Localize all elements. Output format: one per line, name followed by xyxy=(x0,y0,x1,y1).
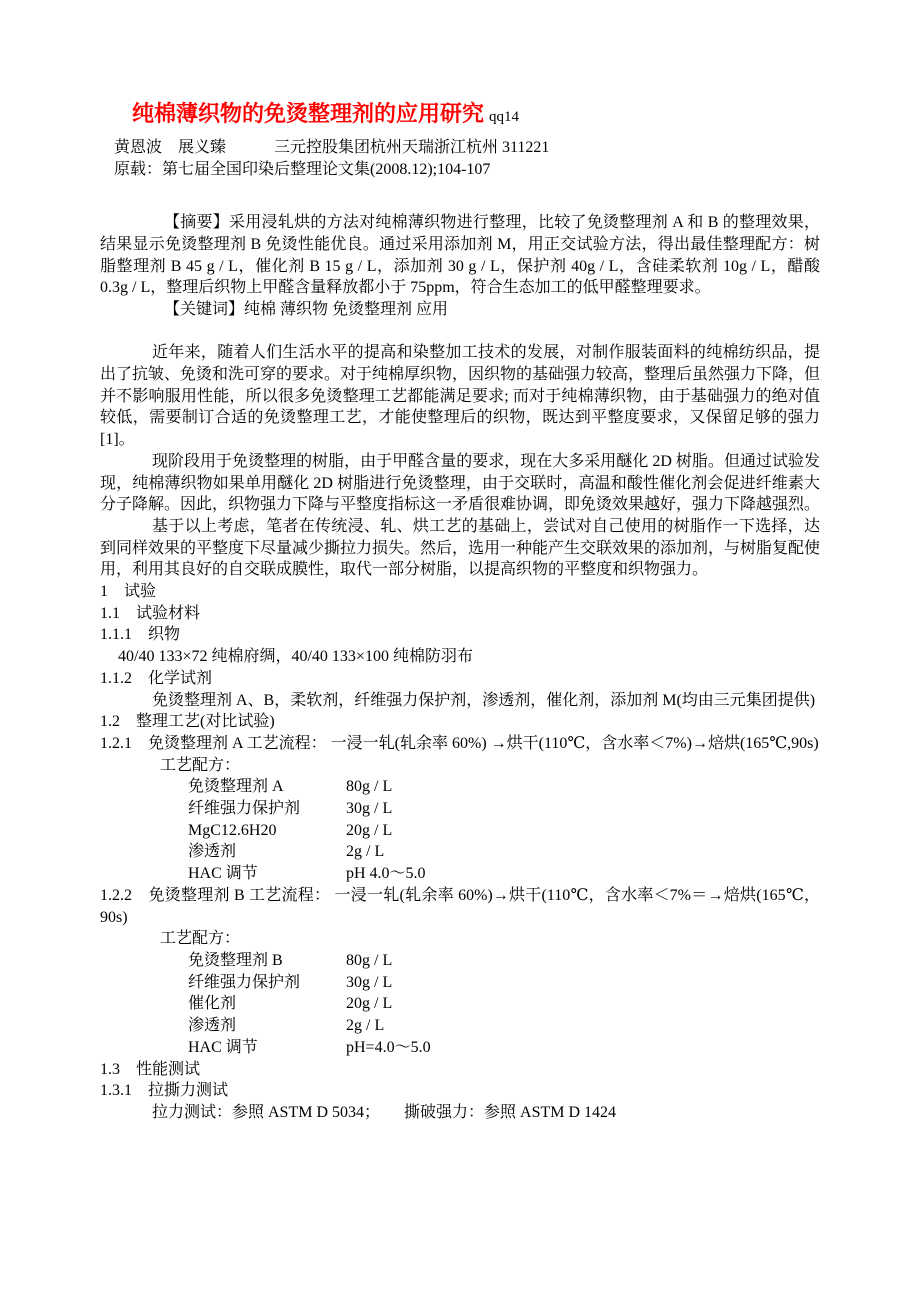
recipe-row: 纤维强力保护剂 30g / L xyxy=(100,798,820,820)
recipe-ingredient-amount: pH 4.0～5.0 xyxy=(346,863,426,885)
abstract-paragraph: 【摘要】采用浸轧烘的方法对纯棉薄织物进行整理，比较了免烫整理剂 A 和 B 的整… xyxy=(100,212,820,299)
vertical-gap xyxy=(100,202,820,212)
recipe-row: MgC12.6H20 20g / L xyxy=(100,820,820,842)
body-paragraph-3: 基于以上考虑，笔者在传统浸、轧、烘工艺的基础上，尝试对自己使用的树脂作一下选择，… xyxy=(100,516,820,581)
recipe-ingredient-name: 渗透剂 xyxy=(188,1015,346,1037)
recipe-ingredient-name: 免烫整理剂 B xyxy=(188,950,346,972)
recipe-ingredient-amount: 2g / L xyxy=(346,1015,384,1037)
section-heading-1-1: 1.1 试验材料 xyxy=(100,603,820,625)
vertical-gap xyxy=(100,180,820,202)
recipe-row: HAC 调节 pH=4.0～5.0 xyxy=(100,1037,820,1059)
process-flow-b: 1.2.2 免烫整理剂 B 工艺流程： 一浸一轧(轧余率 60%)→烘干(110… xyxy=(100,885,820,928)
fabric-spec-line: 40/40 133×72 纯棉府绸，40/40 133×100 纯棉防羽布 xyxy=(100,646,820,668)
recipe-row: 催化剂 20g / L xyxy=(100,993,820,1015)
publication-source: 原载：第七届全国印染后整理论文集(2008.12);104-107 xyxy=(100,159,820,181)
recipe-ingredient-name: MgC12.6H20 xyxy=(188,820,346,842)
section-heading-1-1-2: 1.1.2 化学试剂 xyxy=(100,668,820,690)
recipe-b-label: 工艺配方： xyxy=(100,928,820,950)
recipe-ingredient-amount: 80g / L xyxy=(346,776,392,798)
section-heading-1: 1 试验 xyxy=(100,581,820,603)
recipe-row: 渗透剂 2g / L xyxy=(100,841,820,863)
recipe-row: HAC 调节 pH 4.0～5.0 xyxy=(100,863,820,885)
test-methods-line: 拉力测试：参照 ASTM D 5034； 撕破强力：参照 ASTM D 1424 xyxy=(100,1102,820,1124)
author-byline: 黄恩波 展义臻 三元控股集团杭州天瑞浙江杭州 311221 xyxy=(100,137,820,159)
recipe-ingredient-name: 免烫整理剂 A xyxy=(188,776,346,798)
recipe-ingredient-amount: pH=4.0～5.0 xyxy=(346,1037,431,1059)
recipe-ingredient-amount: 20g / L xyxy=(346,993,392,1015)
recipe-ingredient-amount: 30g / L xyxy=(346,798,392,820)
section-heading-1-2: 1.2 整理工艺(对比试验) xyxy=(100,711,820,733)
recipe-a-label: 工艺配方： xyxy=(100,755,820,777)
section-heading-1-1-1: 1.1.1 织物 xyxy=(100,624,820,646)
recipe-row: 纤维强力保护剂 30g / L xyxy=(100,972,820,994)
document-page: 纯棉薄织物的免烫整理剂的应用研究qq14 黄恩波 展义臻 三元控股集团杭州天瑞浙… xyxy=(0,0,920,1302)
recipe-ingredient-name: 纤维强力保护剂 xyxy=(188,798,346,820)
recipe-ingredient-name: HAC 调节 xyxy=(188,1037,346,1059)
body-paragraph-1: 近年来，随着人们生活水平的提高和染整加工技术的发展，对制作服装面料的纯棉纺织品，… xyxy=(100,342,820,451)
page-title-code: qq14 xyxy=(489,109,519,125)
recipe-ingredient-amount: 2g / L xyxy=(346,841,384,863)
recipe-ingredient-name: HAC 调节 xyxy=(188,863,346,885)
recipe-ingredient-amount: 30g / L xyxy=(346,972,392,994)
process-flow-a: 1.2.1 免烫整理剂 A 工艺流程： 一浸一轧(轧余率 60%) →烘干(11… xyxy=(100,733,820,755)
recipe-ingredient-amount: 20g / L xyxy=(346,820,392,842)
vertical-gap xyxy=(100,321,820,343)
recipe-row: 免烫整理剂 B 80g / L xyxy=(100,950,820,972)
section-heading-1-3-1: 1.3.1 拉撕力测试 xyxy=(100,1080,820,1102)
section-heading-1-3: 1.3 性能测试 xyxy=(100,1059,820,1081)
page-title-text: 纯棉薄织物的免烫整理剂的应用研究 xyxy=(132,101,484,126)
recipe-ingredient-name: 催化剂 xyxy=(188,993,346,1015)
page-title: 纯棉薄织物的免烫整理剂的应用研究qq14 xyxy=(132,100,820,131)
recipe-row: 免烫整理剂 A 80g / L xyxy=(100,776,820,798)
keywords-line: 【关键词】纯棉 薄织物 免烫整理剂 应用 xyxy=(100,299,820,321)
recipe-row: 渗透剂 2g / L xyxy=(100,1015,820,1037)
recipe-ingredient-name: 纤维强力保护剂 xyxy=(188,972,346,994)
body-paragraph-2: 现阶段用于免烫整理的树脂，由于甲醛含量的要求，现在大多采用醚化 2D 树脂。但通… xyxy=(100,451,820,516)
recipe-ingredient-amount: 80g / L xyxy=(346,950,392,972)
chemicals-paragraph: 免烫整理剂 A、B，柔软剂，纤维强力保护剂，渗透剂，催化剂，添加剂 M(均由三元… xyxy=(100,690,820,712)
recipe-ingredient-name: 渗透剂 xyxy=(188,841,346,863)
